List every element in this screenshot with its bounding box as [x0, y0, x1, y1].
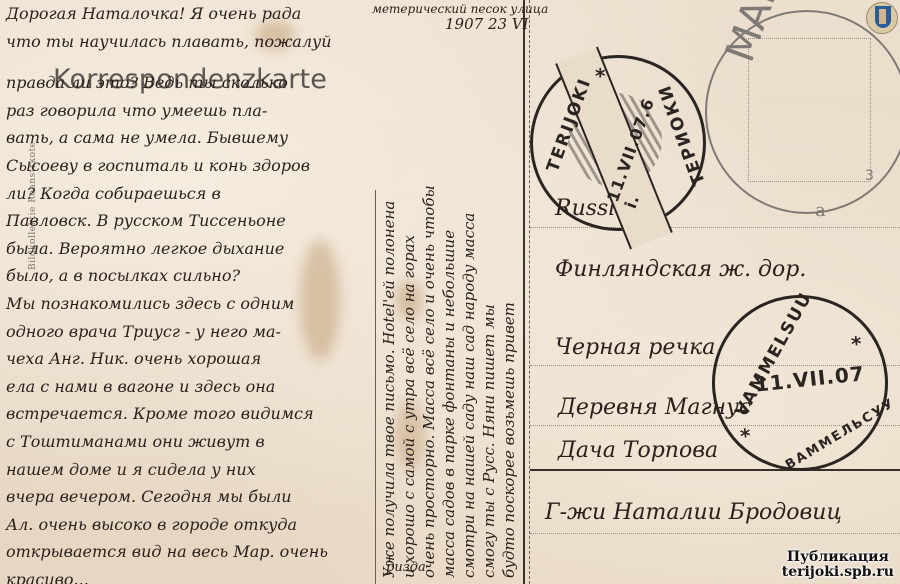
address-line [530, 533, 900, 534]
postcard-back: Korrespondenzkarte Bildkollektie Roanstr… [0, 0, 900, 584]
message-line: нашем доме и я сидела у них [6, 460, 256, 479]
address-rule [530, 469, 900, 471]
watermark-line-2: terijoki.spb.ru [782, 565, 894, 580]
vertical-message-line: масса садов в парке фонтаны и небольшие [440, 230, 458, 578]
postmark-mar: MAR 3 [705, 10, 900, 214]
message-line: раз говорила что умеешь пла- [6, 101, 267, 120]
postmark-label: MAR [717, 0, 791, 68]
message-line: Мы познакомились здесь с одним [6, 294, 294, 313]
postmark-label-cyrillic: ВАММЕЛЬСУУ [783, 396, 898, 473]
vertical-message-line: смогу ты с Русс. Няни пишет мы [480, 304, 498, 578]
address-line [530, 227, 900, 228]
message-line: Ал. очень высоко в городе откуда [6, 515, 297, 534]
message-line: была. Вероятно легкое дыхание [6, 239, 284, 258]
message-divider [375, 190, 376, 584]
message-line: красиво... [6, 570, 89, 584]
logo-letter [879, 9, 886, 24]
address-line-2: Черная речка [555, 335, 715, 360]
postmark-vammelsuu: VAMMELSUU ВАММЕЛЬСУУ 11.VII.07 * * [703, 286, 896, 479]
bottom-note: ризда [386, 560, 426, 575]
vertical-message-line: Уже получила твое письмо. Hotel'ей полон… [380, 201, 398, 578]
message-line: Дорогая Наталочка! Я очень рада [6, 4, 301, 23]
date-note: 1907 23 VI [445, 15, 529, 33]
vertical-message-line: очень просторно. Масса всё село и очень … [420, 185, 438, 578]
message-line: Сысоеву в госпиталь и конь здоров [6, 156, 310, 175]
message-line: что ты научилась плавать, пожалуй [6, 32, 332, 51]
postmark-star: * [595, 64, 607, 88]
message-line: ли? Когда собираешься в [6, 184, 221, 203]
address-line-1: Финляндская ж. дор. [555, 257, 806, 282]
message-line: Павловск. В русском Тиссеньоне [6, 211, 286, 230]
postmark-star: * [739, 423, 754, 448]
message-line: вчера вечером. Сегодня мы были [6, 487, 292, 506]
message-line: открывается вид на весь Мар. очень [6, 542, 328, 561]
message-line: вать, а сама не умела. Бывшему [6, 128, 288, 147]
top-note: метерический песок улица [372, 2, 548, 16]
vertical-message-line: и хорошо с самой с утра всё село на гора… [400, 235, 418, 578]
watermark-line-1: Публикация [782, 550, 894, 565]
message-line: с Тоштиманами они живут в [6, 432, 265, 451]
postmark-label-latin: VAMMELSUU [731, 288, 816, 420]
vertical-message-line: будто поскорее возьмешь привет [500, 302, 518, 578]
message-line: правда ли это? Ведь ты сколько [6, 73, 288, 92]
age-stain [300, 240, 340, 360]
address-recipient: Г-жи Наталии Бродовиц [545, 500, 842, 525]
message-line: одного врача Триусг - у него ма- [6, 322, 281, 341]
terijoki-logo-icon [866, 2, 898, 34]
message-line: ела с нами в вагоне и здесь она [6, 377, 275, 396]
postmark-terijoki: TERIJOKI ТЕРИОКИ 11.VII.07.6 i. * [530, 55, 706, 231]
publication-watermark: Публикация terijoki.spb.ru [782, 550, 894, 580]
message-line: было, а в посылках сильно? [6, 266, 240, 285]
postmark-star: * [850, 331, 865, 356]
postmark-mark: 3 [865, 168, 874, 184]
message-line: чеха Анг. Ник. очень хорошая [6, 349, 261, 368]
address-line-4: Дача Торпова [558, 438, 718, 463]
address-divider [523, 0, 530, 584]
message-line: встречается. Кроме того видимся [6, 404, 314, 423]
vertical-message-line: смотри на нашей саду наш сад народу масс… [460, 213, 478, 578]
